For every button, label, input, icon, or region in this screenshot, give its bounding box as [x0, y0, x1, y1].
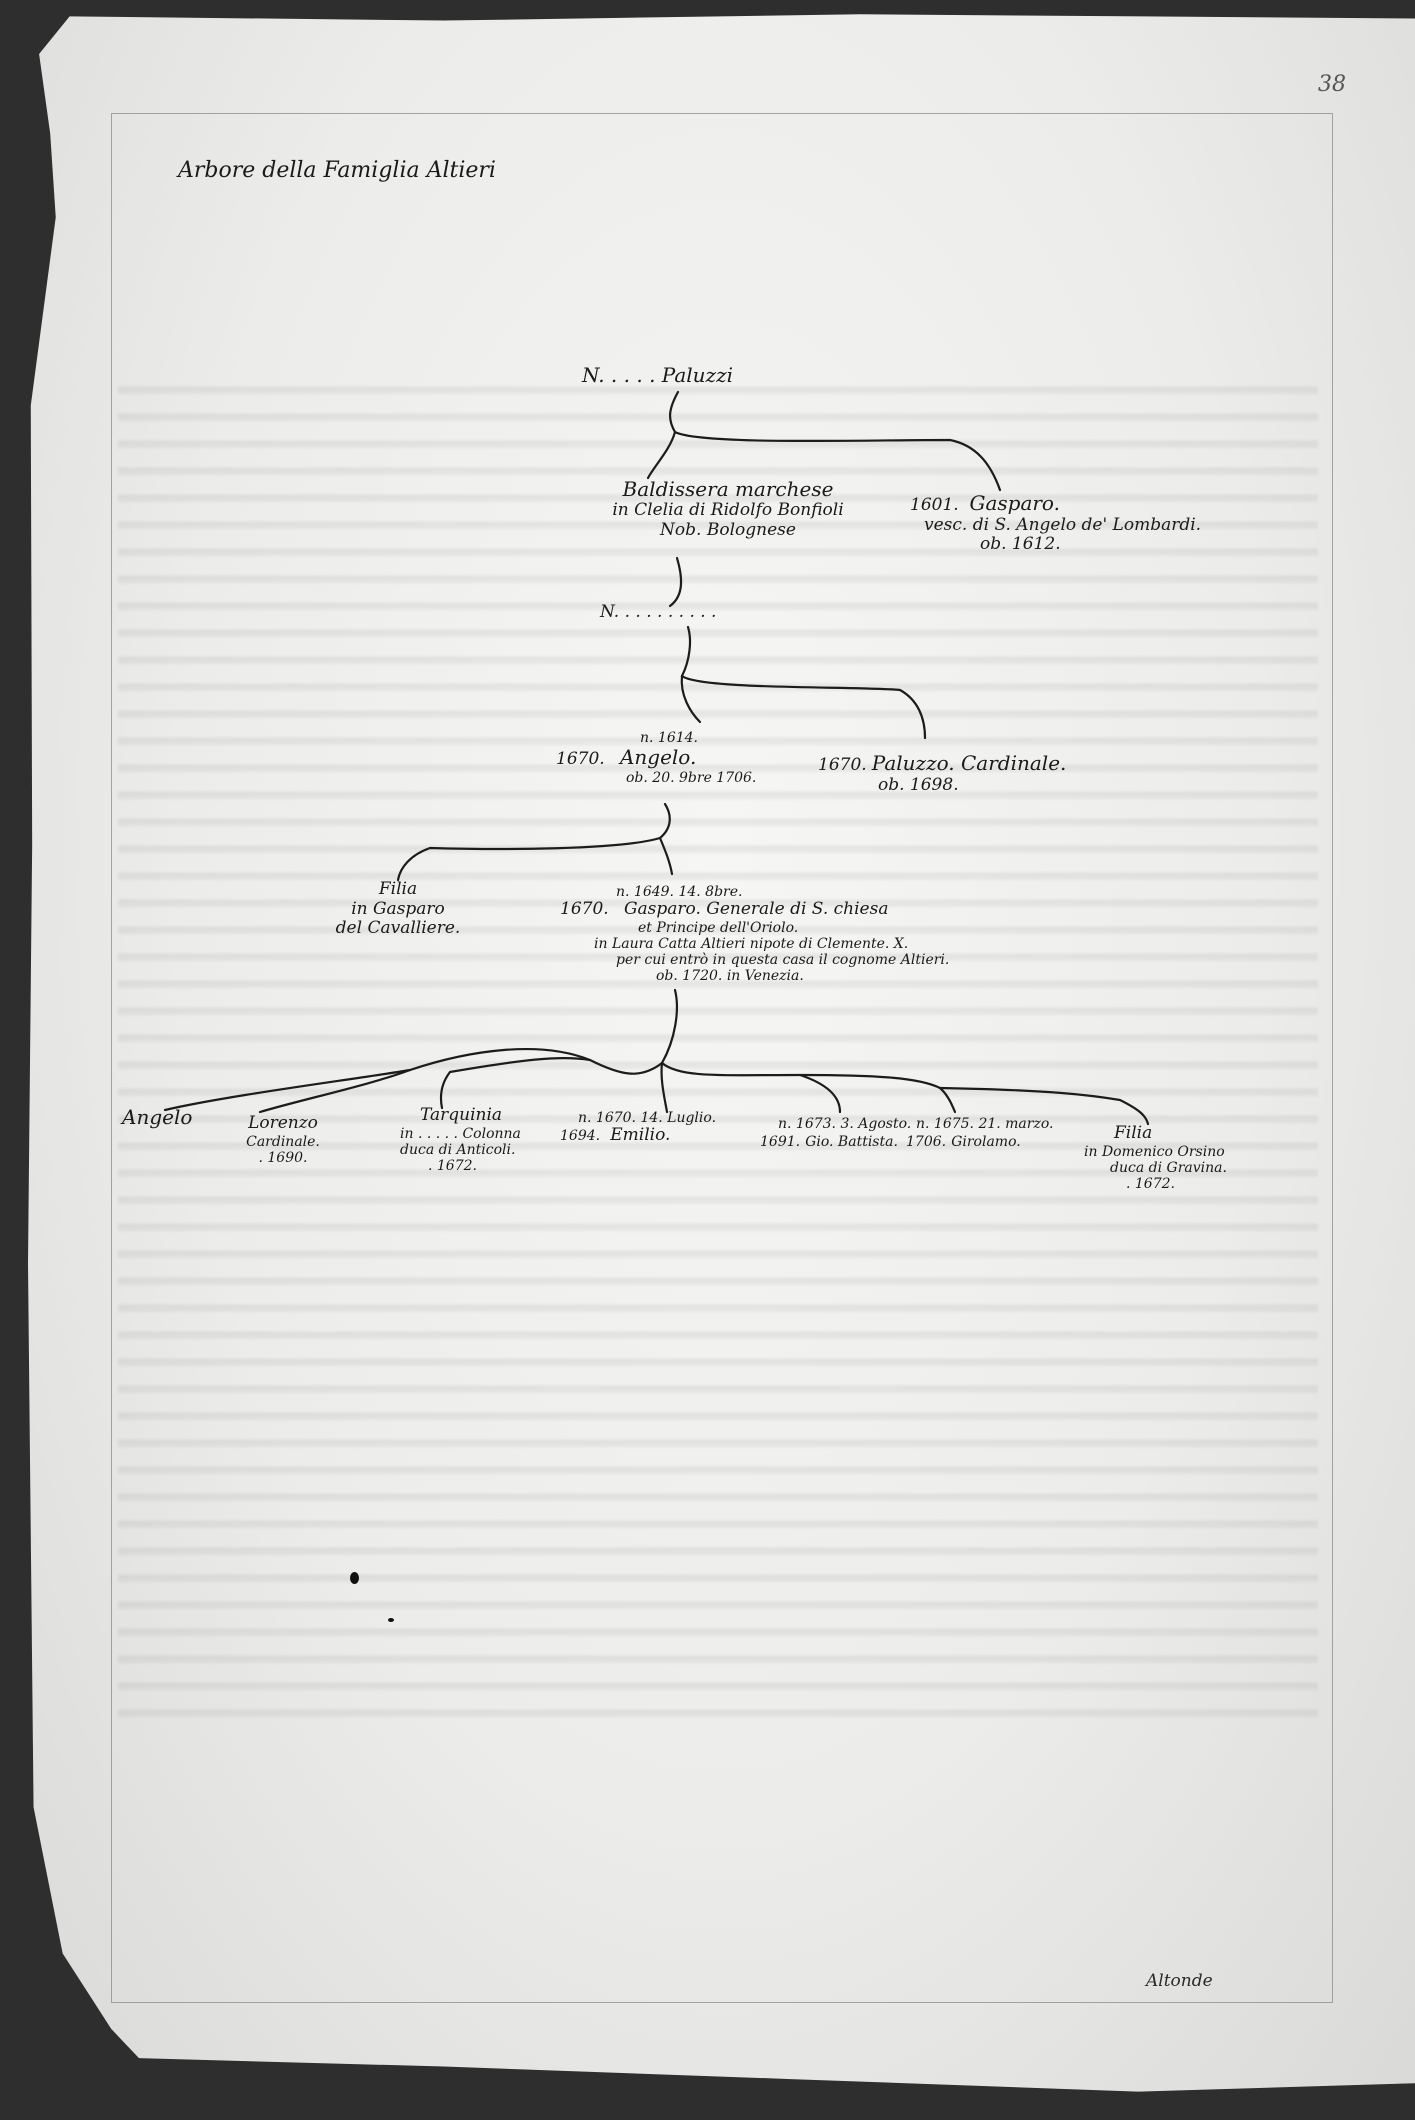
node-name: Filia	[1114, 1124, 1227, 1144]
node-year: 1670.	[556, 749, 605, 769]
node-year: . 1690.	[228, 1150, 338, 1166]
node-title: vesc. di S. Angelo de' Lombardi.	[924, 516, 1201, 536]
node-name: Paluzzo. Cardinale.	[872, 751, 1067, 775]
node-note: per cui entrò in questa casa il cognome …	[616, 952, 949, 968]
node-birth: n. 1673. 3. Agosto.	[778, 1116, 911, 1132]
node-title: Cardinale.	[228, 1134, 338, 1150]
node-birth: n. 1670. 14. Luglio.	[578, 1110, 716, 1126]
node-filia-cavalliere: Filia in Gasparo del Cavalliere.	[318, 880, 478, 939]
node-marriage: in Laura Catta Altieri nipote di Clement…	[594, 936, 949, 952]
node-name: Gasparo.	[969, 491, 1060, 515]
child-emilio: n. 1670. 14. Luglio. 1694. Emilio.	[560, 1110, 716, 1146]
node-paluzzo-cardinal: 1670. Paluzzo. Cardinale. ob. 1698.	[818, 752, 1066, 795]
ink-blot	[350, 1572, 359, 1584]
node-death: ob. 1612.	[980, 535, 1201, 555]
ink-blot	[388, 1618, 394, 1622]
node-death: ob. 1720. in Venezia.	[656, 968, 949, 984]
node-gasparo-general: n. 1649. 14. 8bre. 1670. Gasparo. Genera…	[560, 884, 949, 984]
child-filia-orsino: Filia in Domenico Orsino duca di Gravina…	[1084, 1124, 1227, 1192]
node-year: 1670.	[560, 899, 609, 919]
node-year: 1601.	[910, 495, 959, 515]
child-tarquinia: Tarquinia in . . . . . Colonna duca di A…	[400, 1106, 521, 1174]
node-title: et Principe dell'Oriolo.	[638, 920, 949, 936]
node-year: 1694.	[560, 1128, 600, 1144]
node-marriage: in Gasparo	[318, 900, 478, 920]
node-gasparo-bishop: 1601. Gasparo. vesc. di S. Angelo de' Lo…	[910, 492, 1201, 555]
node-name: Emilio.	[610, 1125, 670, 1145]
node-name: Girolamo.	[951, 1134, 1021, 1150]
node-birth: n. 1675. 21. marzo.	[916, 1116, 1053, 1132]
child-girolamo: n. 1675. 21. marzo. 1706. Girolamo.	[906, 1116, 1053, 1150]
node-death: ob. 20. 9bre 1706.	[626, 770, 756, 786]
node-death: ob. 1698.	[878, 776, 1066, 796]
node-spouse-title: duca di Anticoli.	[400, 1142, 521, 1158]
family-tree-connectors	[0, 0, 1415, 2120]
node-name: Lorenzo	[228, 1114, 338, 1134]
node-angelo: n. 1614. 1670. Angelo. ob. 20. 9bre 1706…	[556, 730, 756, 786]
node-baldissera: Baldissera marchese in Clelia di Ridolfo…	[588, 478, 868, 540]
node-name: Filia	[318, 880, 478, 900]
node-year: . 1672.	[1126, 1176, 1227, 1192]
node-year: 1691.	[760, 1134, 800, 1150]
footer-signature: Altonde	[1146, 1972, 1213, 1992]
node-marriage: in . . . . . Colonna	[400, 1126, 521, 1142]
node-year: . 1672.	[428, 1158, 521, 1174]
node-spouse-title: duca di Gravina.	[1110, 1160, 1227, 1176]
node-name: Tarquinia	[420, 1106, 521, 1126]
node-year: 1706.	[906, 1134, 946, 1150]
node-name: Gasparo. Generale di S. chiesa	[624, 899, 889, 919]
child-gio-battista: n. 1673. 3. Agosto. 1691. Gio. Battista.	[760, 1116, 911, 1150]
node-name: Baldissera marchese	[588, 478, 868, 501]
node-birth: n. 1614.	[640, 730, 756, 746]
node-birth: n. 1649. 14. 8bre.	[616, 884, 949, 900]
child-angelo: Angelo	[122, 1106, 192, 1129]
root-node: N. . . . . Paluzzi	[582, 364, 733, 387]
node-origin: Nob. Bolognese	[588, 521, 868, 541]
child-lorenzo: Lorenzo Cardinale. . 1690.	[228, 1114, 338, 1166]
node-marriage: in Domenico Orsino	[1084, 1144, 1227, 1160]
node-spouse-family: del Cavalliere.	[318, 919, 478, 939]
node-name: Gio. Battista.	[805, 1134, 898, 1150]
node-name: Angelo.	[620, 745, 696, 769]
node-unknown: N. . . . . . . . . .	[600, 603, 716, 623]
node-year: 1670.	[818, 755, 867, 775]
node-marriage: in Clelia di Ridolfo Bonfioli	[588, 501, 868, 521]
